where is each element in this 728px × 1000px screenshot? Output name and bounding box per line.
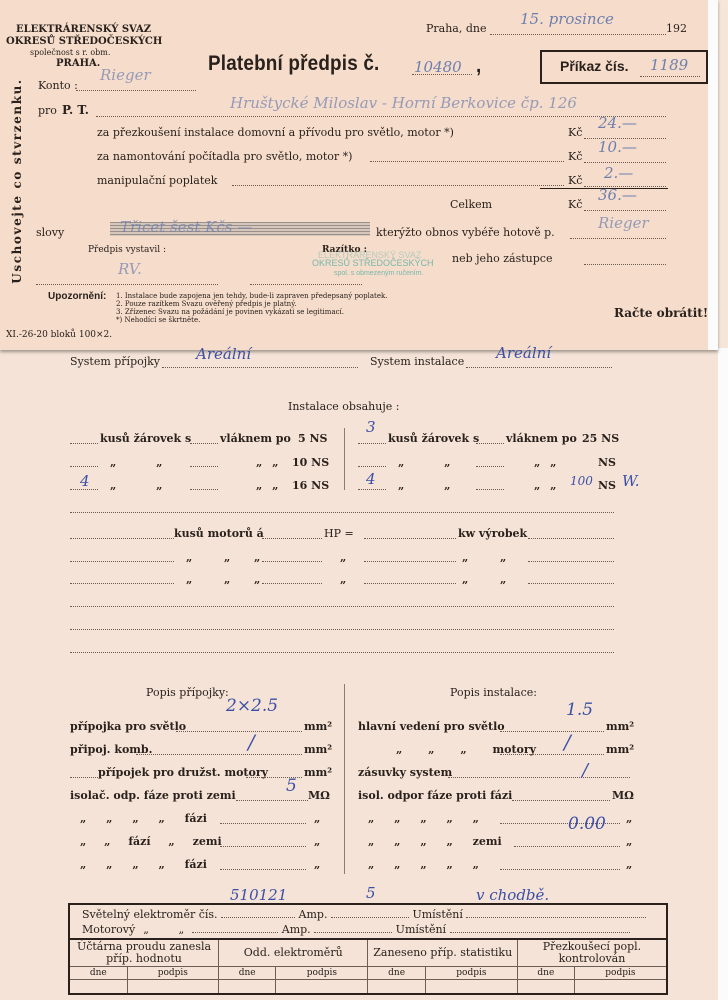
ditto-mark: „ (462, 573, 468, 586)
connection-desc-handwritten: 2×2.5 (226, 696, 278, 716)
install-row-label: hlavní vedení pro světlo (358, 720, 505, 733)
signature-cell[interactable] (574, 980, 667, 994)
subheader-date: dne (69, 967, 127, 980)
install-row-field[interactable] (500, 754, 604, 755)
motor-product-field[interactable] (528, 583, 614, 584)
bulb-count-handwritten: 3 (366, 418, 376, 436)
motor-hp-field[interactable] (262, 561, 322, 562)
bulb-ns: NS (598, 479, 616, 492)
bulb-wattage-handwritten: 100 (570, 474, 593, 488)
bulb-ditto2: „ „ (256, 479, 278, 492)
motor-meter-row: Motorový „ „ Amp. Umístění (69, 921, 667, 939)
fee-amount-meter: 10.— (598, 138, 637, 156)
subheader-signature: podpis (127, 967, 218, 980)
connection-row-unit: „ (314, 835, 320, 848)
header-meter-dept: Odd. elektroměrů (218, 939, 367, 967)
issued-by-handwritten: RV. (118, 260, 142, 278)
notice-3: 3. Zřízenec Svazu na požádání je povinen… (116, 308, 344, 316)
blank-line[interactable] (70, 512, 614, 513)
connection-count-field[interactable] (70, 777, 98, 778)
divider (344, 684, 345, 874)
stamp-line3: spol. s obmezeným ručením. (334, 270, 423, 277)
bulb-ns: 16 NS (292, 479, 329, 492)
notice-4: *) Nehodící se škrtněte. (116, 316, 200, 324)
motor-hp-field[interactable] (262, 583, 322, 584)
year-prefix: 192 (666, 22, 687, 35)
bulb-ditto: „ „ (110, 479, 162, 492)
bulb-filament-field[interactable] (476, 466, 504, 467)
pro-label: pro (38, 104, 57, 117)
total-label: Celkem (450, 198, 492, 211)
bulb-ns: 25 NS (582, 432, 619, 445)
install-row-label: „ „ „ „ „ (368, 858, 479, 871)
bulb-ns: 10 NS (292, 456, 329, 469)
bulb-filament-field[interactable] (190, 489, 218, 490)
connection-row-field[interactable] (220, 846, 306, 847)
bulb-count-field[interactable] (358, 489, 386, 490)
stamp-line2: OKRESŮ STŘEDOČESKÝCH (312, 258, 434, 268)
fee-amount-handling: 2.— (604, 164, 633, 182)
connection-row-field[interactable] (176, 731, 302, 732)
install-row-label: isol. odpor fáze proti fázi (358, 789, 512, 802)
connection-system-field[interactable] (162, 367, 358, 368)
bulb-filament-field[interactable] (476, 443, 504, 444)
vertical-note: Uschovejte co stvrzenku. (2, 62, 26, 312)
motor-meter-label: Motorový (82, 923, 135, 936)
bulb-ditto2: „ „ (534, 479, 556, 492)
fee-label-inspection: za přezkoušení instalace domovní a přívo… (97, 126, 454, 139)
amount-in-words-handwritten: Třicet šest Kčs — (120, 218, 252, 236)
konto-field[interactable] (76, 90, 196, 91)
bulb-count-field[interactable] (358, 443, 386, 444)
total-field[interactable] (584, 210, 666, 211)
order-number-field[interactable] (640, 76, 700, 77)
meter-table: Světelný elektroměr čís. Amp. Umístění M… (68, 903, 668, 995)
motor-kw-field[interactable] (364, 583, 456, 584)
bulb-text: kusů žárovek s (388, 432, 479, 445)
bulb-ditto2: „ „ (534, 456, 556, 469)
date-cell[interactable] (69, 980, 127, 994)
ditto-mark: „ (224, 551, 230, 564)
konto-handwritten: Rieger (100, 66, 151, 84)
connection-row-unit: mm² (304, 743, 332, 756)
collector-handwritten: Rieger (598, 214, 649, 232)
pro-pt-label: P. T. (62, 103, 89, 117)
date-handwritten: 15. prosince (520, 10, 614, 28)
install-row-unit: „ (626, 835, 632, 848)
install-row-value: 0.00 (568, 814, 606, 834)
issued-by-label: Předpis vystavil : (88, 245, 166, 255)
blank-line[interactable] (70, 629, 614, 630)
signature-cell[interactable] (276, 980, 368, 994)
bulb-count-field[interactable] (70, 466, 98, 467)
install-row-unit: „ (626, 858, 632, 871)
connection-row-field[interactable] (236, 800, 308, 801)
bulb-filament-field[interactable] (190, 443, 218, 444)
turn-over-note: Račte obrátit! (614, 306, 708, 320)
connection-row-label: „ „ „ „ fázi (80, 858, 207, 871)
document-title: Platební předpis č. (208, 52, 379, 76)
location-label: Umístění (396, 923, 446, 936)
light-meter-number-handwritten: 510121 (230, 886, 287, 904)
connection-system-handwritten: Areální (196, 345, 251, 363)
notice-1: 1. Instalace bude zapojena jen tehdy, bu… (116, 292, 387, 300)
install-desc-title: Popis instalace: (450, 686, 537, 699)
header-fee-check: Přezkoušecí popl. kontrolován (517, 939, 667, 967)
motor-meter-location-field[interactable] (450, 932, 630, 933)
ditto-mark: „ (340, 573, 346, 586)
fee-amount-field-meter[interactable] (584, 162, 666, 163)
date-field[interactable] (490, 34, 666, 35)
light-meter-amp-field[interactable] (331, 917, 409, 918)
total-currency: Kč (568, 198, 582, 211)
subheader-signature: podpis (425, 967, 517, 980)
amp-label: Amp. (282, 923, 311, 936)
collector-field[interactable] (570, 238, 666, 239)
bulb-ditto: „ „ (398, 479, 450, 492)
ditto-mark: „ (186, 573, 192, 586)
connection-row-value: 5 (286, 776, 297, 796)
installation-system-handwritten: Areální (496, 344, 551, 362)
notice-label: Upozornění: (48, 291, 106, 302)
connection-system-label: System přípojky (70, 355, 160, 368)
light-meter-amp-handwritten: 5 (366, 884, 376, 902)
connection-row-value: / (248, 730, 255, 754)
install-row-label: „ „ „ „ „ (368, 812, 479, 825)
install-row-label: „ „ „ „ zemi (368, 835, 502, 848)
connection-row-label: přípojka pro světlo (70, 720, 186, 733)
install-row-unit: mm² (606, 720, 634, 733)
bulb-text2: vláknem po (220, 432, 291, 445)
connection-row-label: isolač. odp. fáze proti zemi (70, 789, 236, 802)
motor-hp-field[interactable] (262, 538, 322, 539)
fee-label-meter-mount: za namontování počítadla pro světlo, mot… (97, 150, 352, 163)
installation-system-field[interactable] (466, 367, 612, 368)
order-number-handwritten: 1189 (650, 56, 688, 74)
kw-label: kw výrobek (458, 527, 527, 540)
document-number-handwritten: 10480 (414, 58, 462, 76)
blank-line[interactable] (70, 606, 614, 607)
motor-product-field[interactable] (528, 561, 614, 562)
light-meter-row: Světelný elektroměr čís. Amp. Umístění (69, 904, 667, 921)
ditto-mark: „ (340, 551, 346, 564)
ditto-mark: „ (500, 551, 506, 564)
bulb-text2: vláknem po (506, 432, 577, 445)
collector-label: kterýžto obnos vybéře hotově p. (376, 226, 555, 239)
scan-margin (718, 348, 728, 1000)
connection-row-unit: mm² (304, 766, 332, 779)
bulb-ditto: „ „ (398, 456, 450, 469)
header-statistics: Zaneseno příp. statistiku (368, 939, 517, 967)
install-row-label: zásuvky system (358, 766, 452, 779)
org-line1: ELEKTRÁRENSKÝ SVAZ (16, 24, 151, 35)
bulb-ns: 5 NS (298, 432, 327, 445)
connection-row-field[interactable] (220, 823, 306, 824)
motor-meter-ditto: „ „ (139, 923, 189, 936)
connection-row-field[interactable] (136, 754, 302, 755)
connection-row-unit: „ (314, 858, 320, 871)
bulb-count-handwritten: 4 (80, 472, 90, 490)
deputy-label: neb jeho zástupce (452, 252, 552, 265)
install-row-field[interactable] (500, 731, 604, 732)
fee-leader (232, 185, 564, 186)
connection-row-field[interactable] (220, 869, 306, 870)
amp-label: Amp. (299, 908, 328, 921)
install-row-value: / (582, 760, 588, 781)
bulb-ns: NS (598, 456, 616, 469)
notice-2: 2. Pouze razítkem Svazu ověřený předpis … (116, 300, 296, 308)
install-row-unit: mm² (606, 743, 634, 756)
date-cell[interactable] (368, 980, 425, 994)
divider (344, 428, 345, 490)
blank-line[interactable] (70, 652, 614, 653)
installation-contains-label: Instalace obsahuje : (288, 400, 399, 413)
motor-kw-field[interactable] (364, 538, 456, 539)
light-meter-number-field[interactable] (221, 917, 295, 918)
install-row-field[interactable] (448, 777, 630, 778)
subheader-date: dne (368, 967, 425, 980)
ditto-mark: „ (254, 551, 260, 564)
motor-count-field[interactable] (70, 583, 174, 584)
print-code: XI.-26-20 bloků 100×2. (6, 330, 112, 340)
connection-row-unit: MΩ (308, 789, 330, 802)
connection-row-unit: mm² (304, 720, 332, 733)
installation-system-label: System instalace (370, 355, 464, 368)
light-meter-label: Světelný elektroměr čís. (82, 908, 218, 921)
install-row-value: / (564, 730, 571, 754)
connection-row-label: „ „ „ „ fázi (80, 812, 207, 825)
connection-row-label: přípojek pro družst. motory (98, 766, 268, 779)
ditto-mark: „ (186, 551, 192, 564)
fee-currency: Kč (568, 126, 582, 139)
fee-leader (370, 161, 564, 162)
bulb-unit-handwritten: W. (622, 472, 640, 490)
bulb-text: kusů žárovek s (100, 432, 191, 445)
bulb-filament-field[interactable] (190, 466, 218, 467)
location-label: Umístění (412, 908, 462, 921)
light-meter-location-field[interactable] (466, 917, 646, 918)
bulb-ditto: „ „ (110, 456, 162, 469)
subheader-date: dne (517, 967, 574, 980)
title-comma: , (476, 54, 481, 78)
connection-row-unit: „ (314, 812, 320, 825)
motor-count-field[interactable] (70, 561, 174, 562)
bulb-filament-field[interactable] (476, 489, 504, 490)
install-row-unit: „ (626, 812, 632, 825)
org-line2: OKRESŮ STŘEDOČESKÝCH (6, 36, 162, 47)
signature-cell[interactable] (425, 980, 517, 994)
install-row-field[interactable] (500, 869, 620, 870)
subheader-date: dne (218, 967, 275, 980)
fee-label-handling: manipulační poplatek (97, 174, 217, 187)
org-line4: PRAHA. (56, 58, 100, 69)
connection-desc-title: Popis přípojky: (146, 686, 229, 699)
bulb-count-field[interactable] (70, 443, 98, 444)
light-meter-location-handwritten: v chodbě. (476, 886, 549, 904)
ditto-mark: „ (254, 573, 260, 586)
ditto-mark: „ (224, 573, 230, 586)
fee-currency: Kč (568, 150, 582, 163)
bulb-ditto2: „ „ (256, 456, 278, 469)
date-cell[interactable] (517, 980, 574, 994)
org-line3: společnost s r. obm. (30, 49, 110, 57)
bulb-count-handwritten: 4 (366, 470, 376, 488)
deputy-field[interactable] (584, 264, 666, 265)
motor-count-field[interactable] (70, 538, 174, 539)
recipient-handwritten: Hruštycké Miloslav - Horní Berkovice čp.… (230, 94, 577, 112)
hp-label: HP = (324, 527, 354, 540)
connection-row-label: „ „ fází „ zemi (80, 835, 222, 848)
place-date-label: Praha, dne (426, 22, 487, 35)
signature-cell[interactable] (127, 980, 218, 994)
install-row-value: 1.5 (566, 700, 593, 720)
subheader-signature: podpis (574, 967, 667, 980)
install-row-field[interactable] (512, 800, 610, 801)
stamp-signature-line[interactable] (250, 284, 362, 285)
payment-slip: ELEKTRÁRENSKÝ SVAZ OKRESŮ STŘEDOČESKÝCH … (0, 0, 718, 350)
order-label: Příkaz čís. (560, 58, 629, 74)
motor-meter-amp-field[interactable] (314, 932, 392, 933)
install-row-unit: MΩ (612, 789, 634, 802)
ditto-mark: „ (500, 573, 506, 586)
slovy-label: slovy (36, 226, 64, 239)
motor-kw-field[interactable] (364, 561, 456, 562)
header-billing: Účtárna proudu zanesla příp. hodnotu (69, 939, 218, 967)
ditto-mark: „ (462, 551, 468, 564)
subheader-signature: podpis (276, 967, 368, 980)
scan-margin-top (708, 0, 718, 350)
total-amount: 36.— (598, 186, 637, 204)
bulb-count-field[interactable] (358, 466, 386, 467)
motor-product-field[interactable] (528, 538, 614, 539)
issued-by-signature-line[interactable] (36, 284, 218, 285)
konto-label: Konto : (38, 79, 78, 92)
install-row-field[interactable] (514, 846, 620, 847)
fee-currency: Kč (568, 174, 582, 187)
motor-meter-number-field[interactable] (192, 932, 278, 933)
motors-label: kusů motorů á (174, 527, 264, 540)
date-cell[interactable] (218, 980, 275, 994)
recipient-field[interactable] (96, 116, 666, 117)
fee-amount-inspection: 24.— (598, 114, 637, 132)
